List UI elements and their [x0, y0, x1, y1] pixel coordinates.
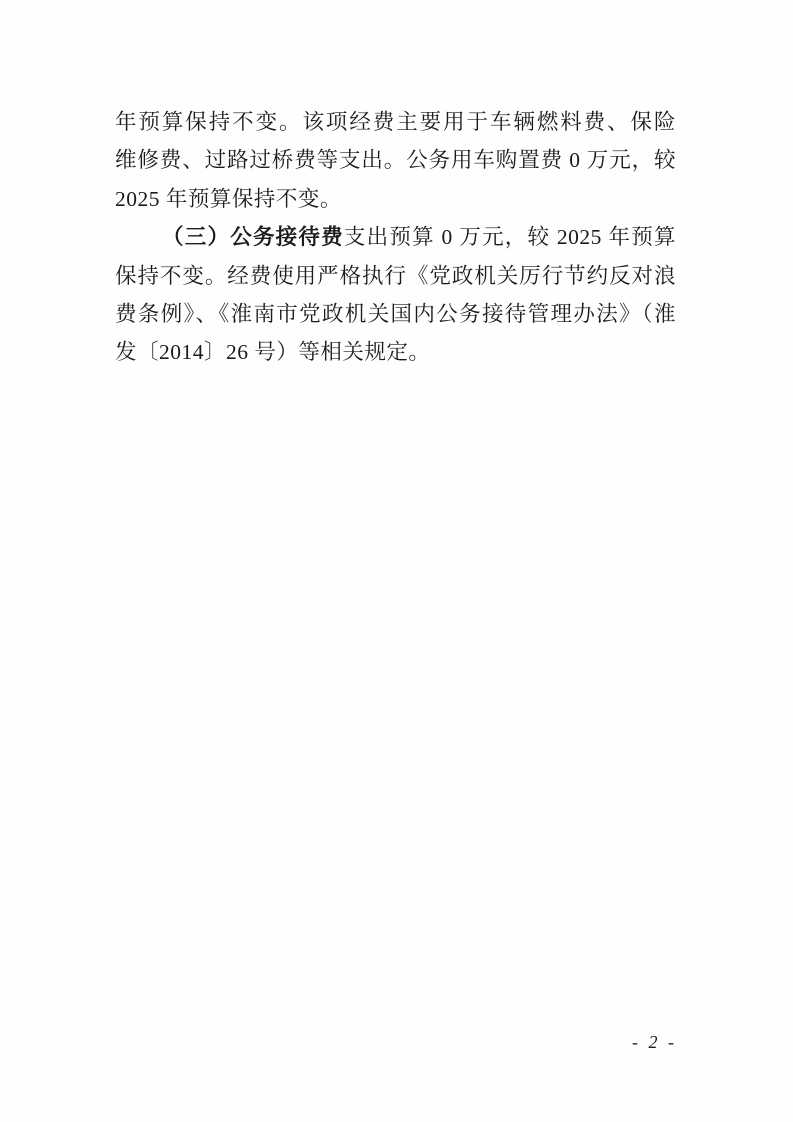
paragraph-line: 费条例》、《淮南市党政机关国内公务接待管理办法》（淮办 [115, 295, 676, 333]
page-number: - 2 - [632, 1032, 677, 1053]
section-heading: （三）公务接待费 [162, 225, 344, 249]
paragraph-line: 保持不变。经费使用严格执行《党政机关厉行节约反对浪 [115, 257, 676, 295]
paragraph-line: （三）公务接待费支出预算 0 万元，较 2025 年预算 [115, 218, 676, 256]
paragraph-line: 维修费、过路过桥费等支出。公务用车购置费 0 万元，较 [115, 141, 676, 179]
section-heading-continuation: 支出预算 0 万元，较 2025 年预算 [344, 225, 676, 249]
paragraph-line: 年预算保持不变。该项经费主要用于车辆燃料费、保险费、 [115, 103, 676, 141]
paragraph-line: 2025 年预算保持不变。 [115, 180, 676, 218]
paragraph-line: 发〔2014〕26 号）等相关规定。 [115, 333, 676, 371]
document-page: 年预算保持不变。该项经费主要用于车辆燃料费、保险费、 维修费、过路过桥费等支出。… [0, 0, 793, 1122]
body-text: 年预算保持不变。该项经费主要用于车辆燃料费、保险费、 维修费、过路过桥费等支出。… [115, 103, 676, 372]
